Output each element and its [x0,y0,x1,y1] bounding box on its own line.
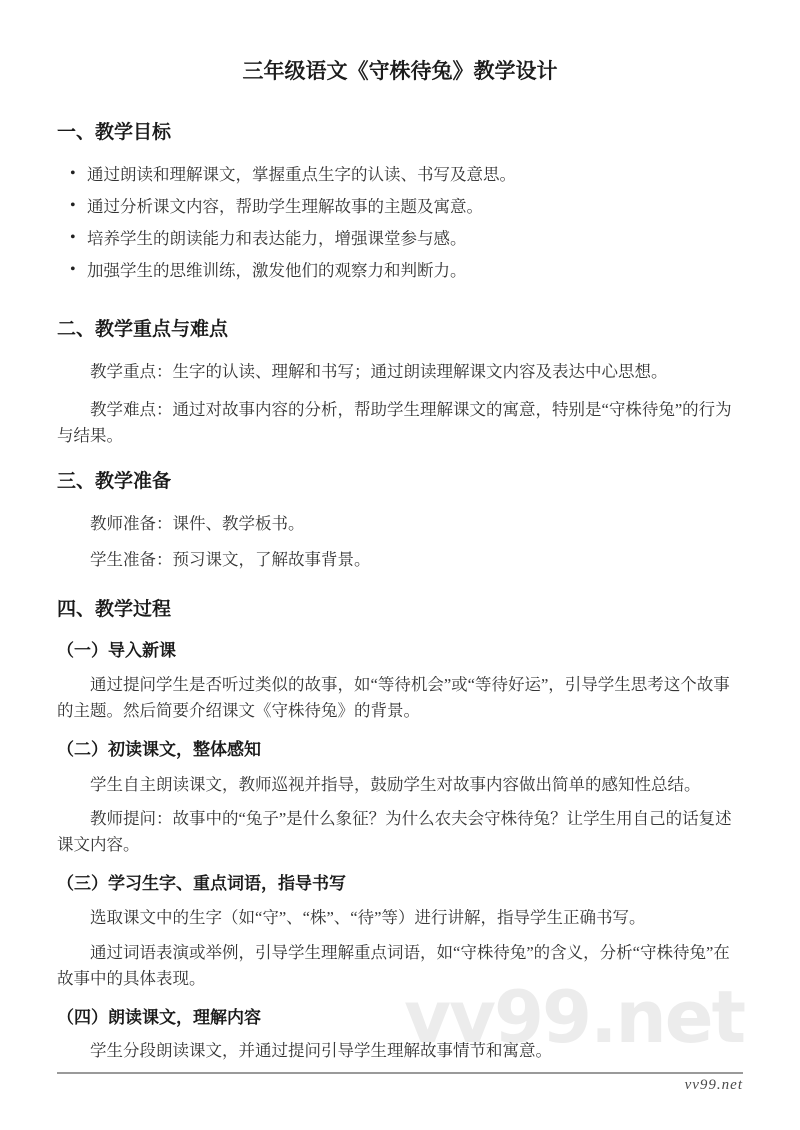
document-page: vv99.net 三年级语文《守株待兔》教学设计 一、教学目标 通过朗读和理解课… [0,0,800,1130]
section-heading-preparation: 三、教学准备 [57,469,743,495]
section-heading-key-points: 二、教学重点与难点 [57,317,743,343]
subsection-heading-characters: （三）学习生字、重点词语，指导书写 [57,872,743,896]
section-heading-objectives: 一、教学目标 [57,120,743,146]
subsection-heading-first-reading: （二）初读课文，整体感知 [57,738,743,762]
preparation-paragraph: 教师准备：课件、教学板书。 [57,511,743,537]
subsection-paragraph: 通过词语表演或举例，引导学生理解重点词语，如“守株待兔”的含义，分析“守株待兔”… [57,940,743,992]
objective-item: 培养学生的朗读能力和表达能力，增强课堂参与感。 [57,228,743,249]
subsection-paragraph: 学生自主朗读课文，教师巡视并指导，鼓励学生对故事内容做出简单的感知性总结。 [57,772,743,798]
subsection-heading-reading-aloud: （四）朗读课文，理解内容 [57,1006,743,1030]
objective-item: 通过朗读和理解课文，掌握重点生字的认读、书写及意思。 [57,164,743,185]
subsection-paragraph: 选取课文中的生字（如“守”、“株”、“待”等）进行讲解，指导学生正确书写。 [57,905,743,931]
key-points-paragraph: 教学重点：生字的认读、理解和书写；通过朗读理解课文内容及表达中心思想。 [57,359,743,385]
subsection-paragraph: 学生分段朗读课文，并通过提问引导学生理解故事情节和寓意。 [57,1038,743,1064]
page-title: 三年级语文《守株待兔》教学设计 [57,0,743,88]
section-heading-process: 四、教学过程 [57,597,743,623]
footer-site-label: vv99.net [685,1077,743,1094]
subsection-heading-intro: （一）导入新课 [57,639,743,663]
key-points-paragraph: 教学难点：通过对故事内容的分析，帮助学生理解课文的寓意，特别是“守株待兔”的行为… [57,397,743,449]
subsection-paragraph: 通过提问学生是否听过类似的故事，如“等待机会”或“等待好运”，引导学生思考这个故… [57,672,743,724]
objectives-list: 通过朗读和理解课文，掌握重点生字的认读、书写及意思。 通过分析课文内容，帮助学生… [57,164,743,281]
document-content: 三年级语文《守株待兔》教学设计 一、教学目标 通过朗读和理解课文，掌握重点生字的… [0,0,800,1064]
objective-item: 加强学生的思维训练，激发他们的观察力和判断力。 [57,260,743,281]
objective-item: 通过分析课文内容，帮助学生理解故事的主题及寓意。 [57,196,743,217]
subsection-paragraph: 教师提问：故事中的“兔子”是什么象征？为什么农夫会守株待兔？让学生用自己的话复述… [57,806,743,858]
page-footer: vv99.net [57,1072,743,1094]
preparation-paragraph: 学生准备：预习课文，了解故事背景。 [57,547,743,573]
